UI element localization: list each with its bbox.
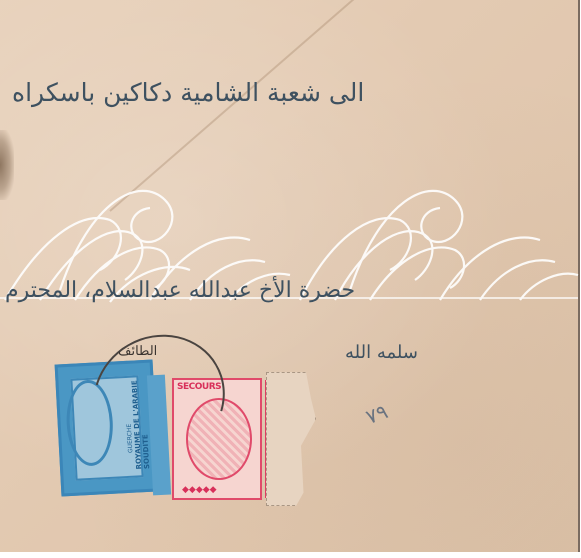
torn-paper-patch — [266, 372, 316, 506]
postmark-city: الطائف — [118, 344, 157, 359]
envelope: الى شعبة الشامية دكاكين باسكراه حضرة الأ… — [0, 0, 580, 552]
address-line-2: حضرة الأخ عبدالله عبدالسلام، المحترم — [5, 278, 355, 303]
address-line-1: الى شعبة الشامية دكاكين باسكراه — [12, 78, 364, 107]
closing-line: سلمه الله — [345, 342, 418, 363]
pencil-note: ٧٩ — [363, 399, 391, 429]
red-stamp-bottom: ◆◆◆◆◆ — [182, 485, 217, 495]
